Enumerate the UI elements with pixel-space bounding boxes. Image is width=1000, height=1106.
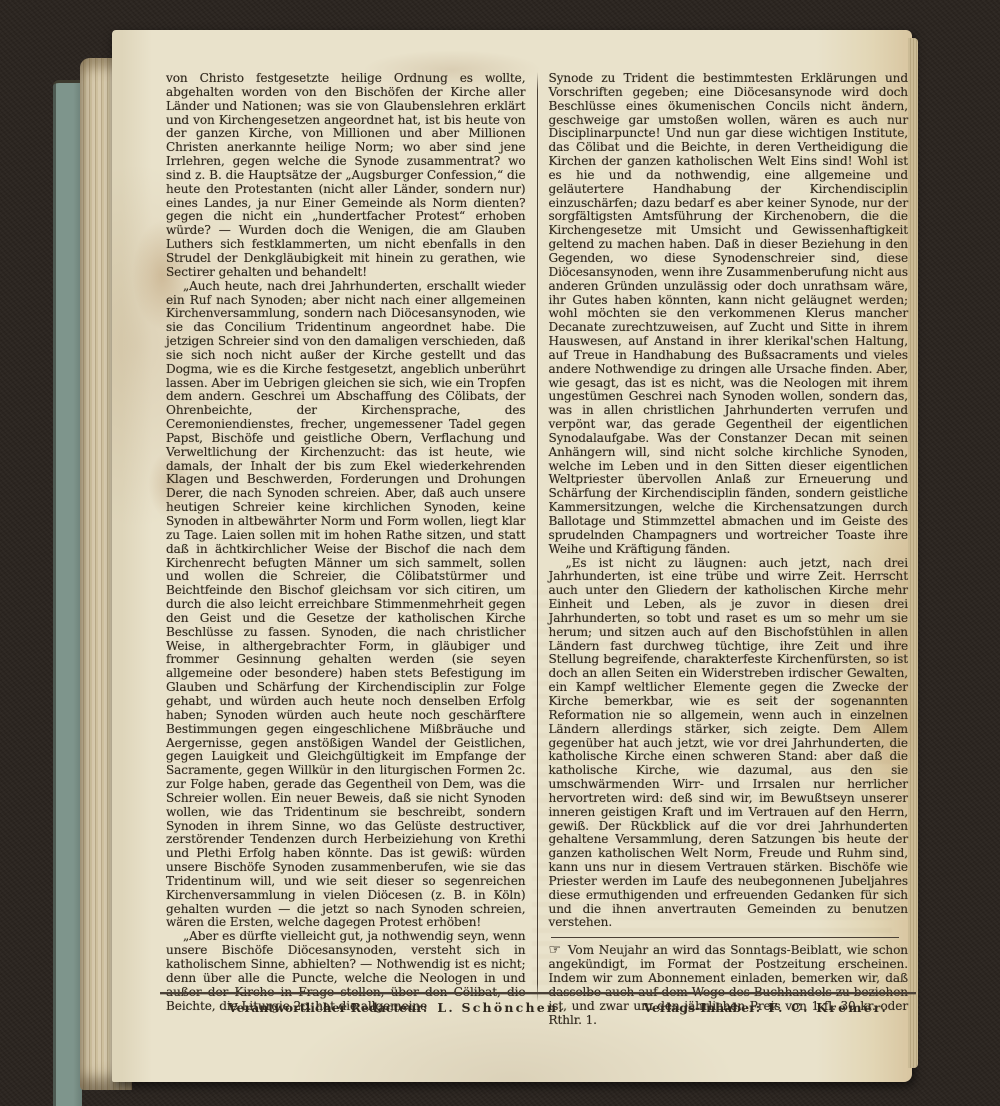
- manicule-icon: ☞: [549, 942, 564, 958]
- paragraph: Synode zu Trident die bestimmtesten Erkl…: [549, 72, 909, 557]
- book-cover-edge: [53, 80, 82, 1106]
- footer-rule: [160, 992, 916, 994]
- editor-label: Verantwortlicher Redacteur:: [228, 1000, 427, 1015]
- right-page-edges: [908, 38, 918, 1068]
- announcement-divider-rule: [551, 937, 900, 938]
- publisher-label: Verlags-Inhaber:: [643, 1000, 760, 1015]
- right-column: Synode zu Trident die bestimmtesten Erkl…: [549, 72, 909, 1002]
- editor-name: L. Schönchen.: [437, 1000, 564, 1015]
- paragraph: „Auch heute, nach drei Jahrhunderten, er…: [166, 280, 526, 931]
- publisher-name: F. C. Kremer.: [768, 1000, 888, 1015]
- text-area: von Christo festgesetzte heilige Ordnung…: [166, 72, 908, 1002]
- paper-page: von Christo festgesetzte heilige Ordnung…: [112, 30, 912, 1082]
- paragraph: von Christo festgesetzte heilige Ordnung…: [166, 72, 526, 280]
- left-column: von Christo festgesetzte heilige Ordnung…: [166, 72, 526, 1002]
- imprint-footer: Verantwortlicher Redacteur: L. Schönchen…: [160, 1000, 916, 1015]
- column-divider-rule: [537, 72, 538, 1002]
- scanned-book-photo: { "colors":{ "background":"#2b2520","boo…: [0, 0, 1000, 1106]
- paragraph: „Es ist nicht zu läugnen: auch jetzt, na…: [549, 557, 909, 931]
